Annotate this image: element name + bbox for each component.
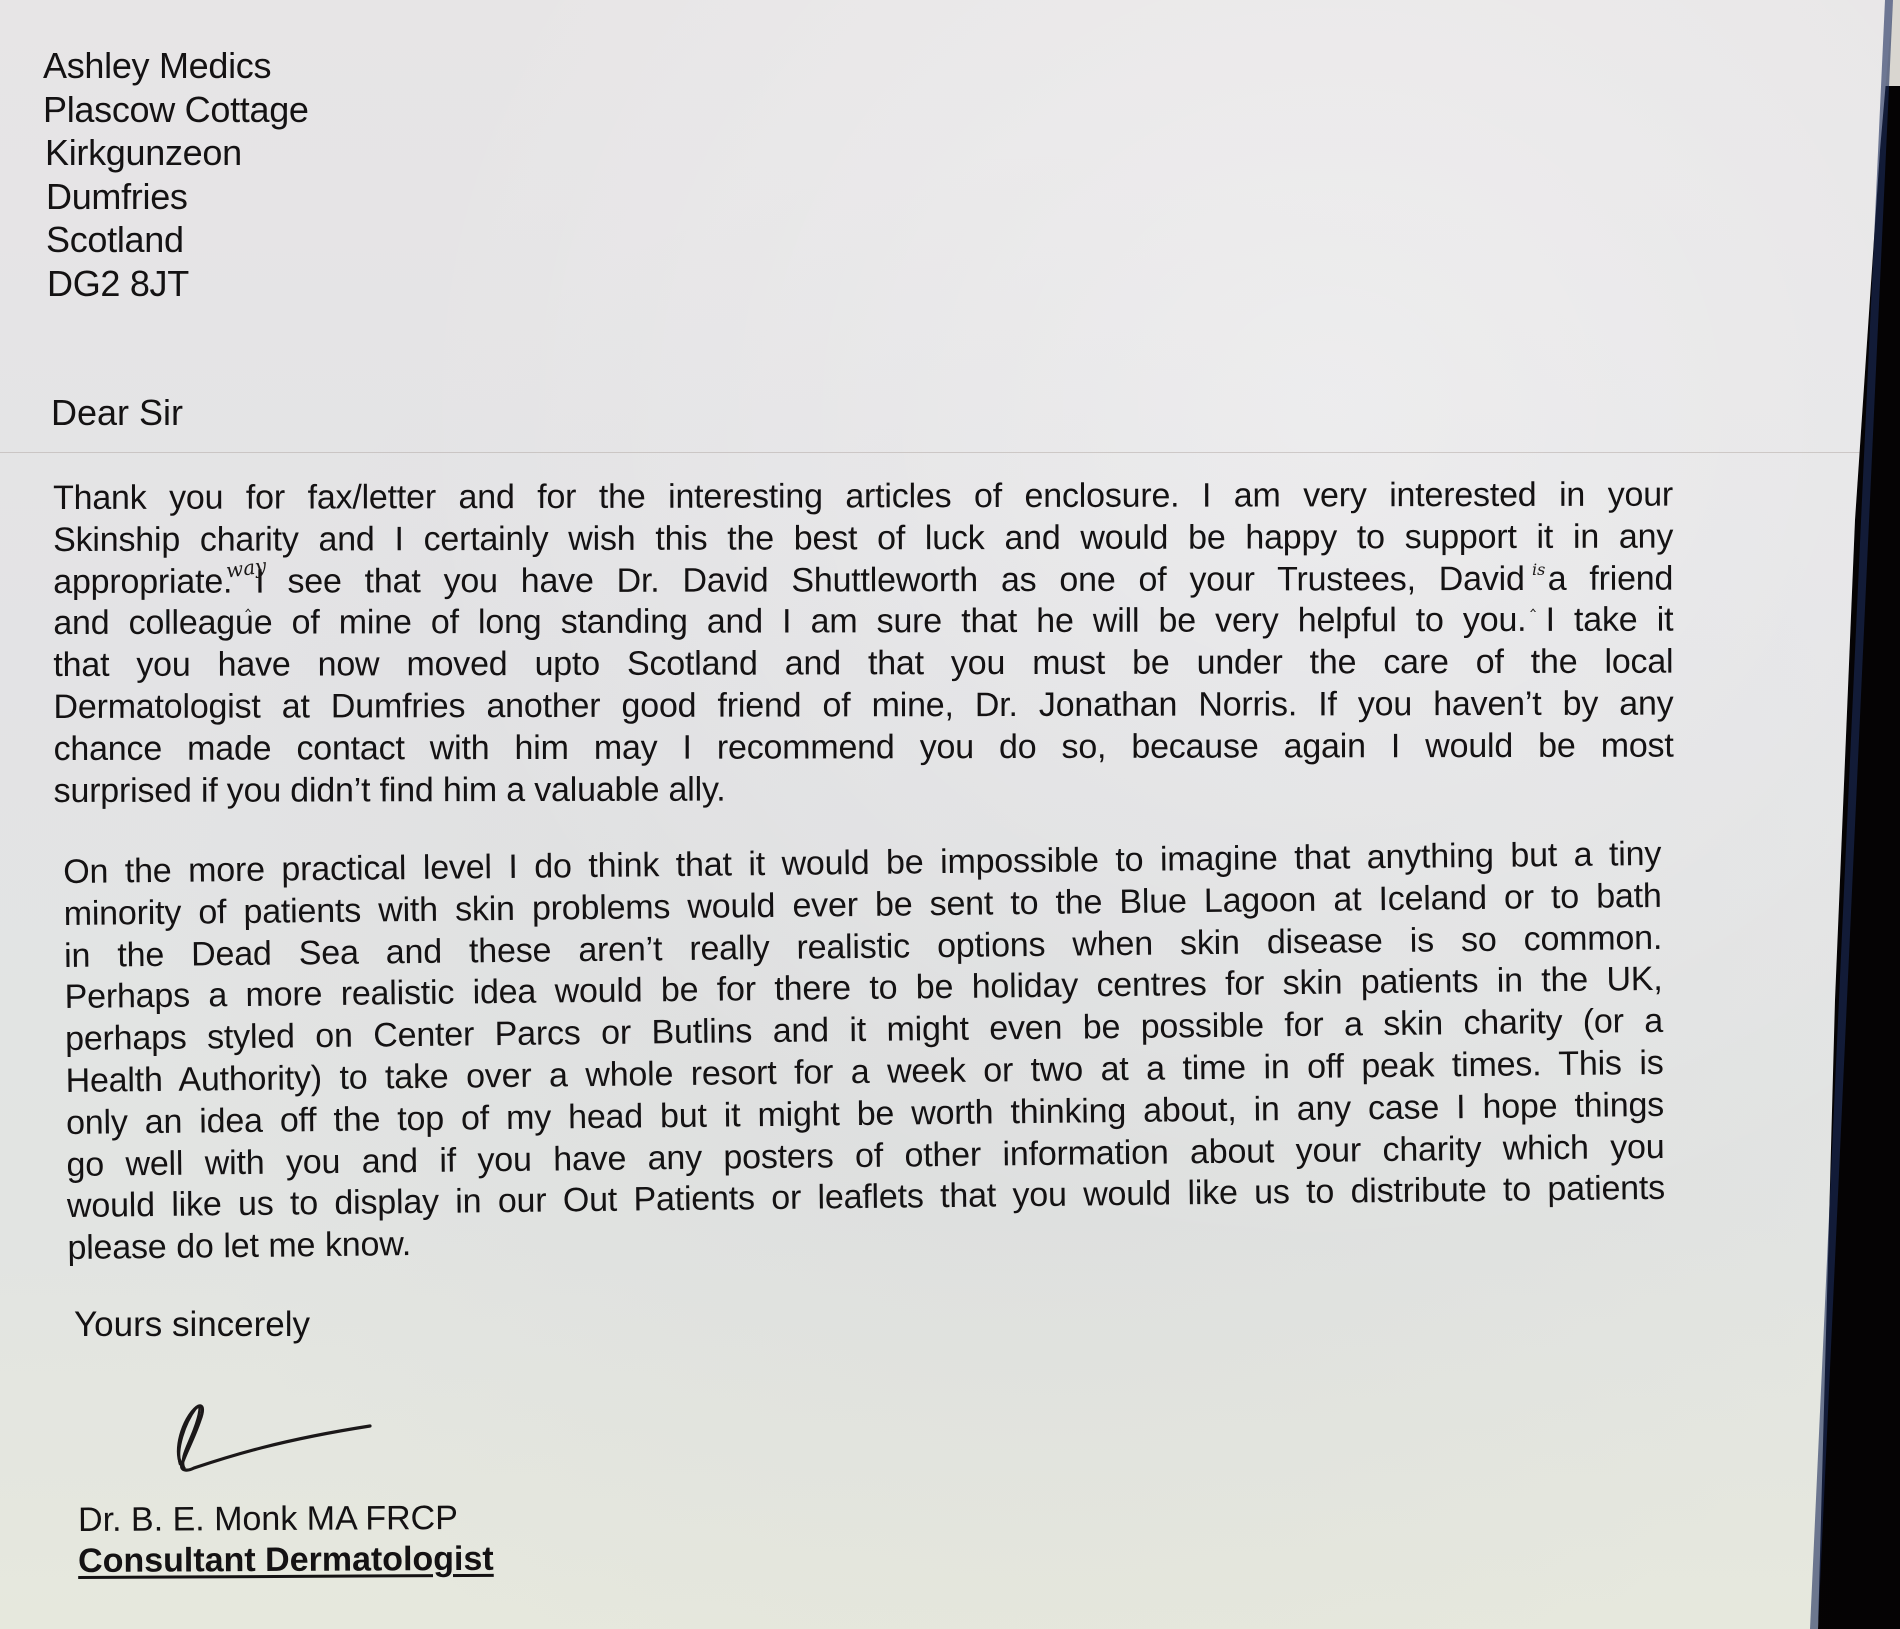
address-line: Ashley Medics <box>43 44 309 88</box>
body-paragraph-1: Thank you for fax/letter and for the int… <box>53 475 1674 813</box>
address-line: Scotland <box>46 218 309 262</box>
signatory-title: Consultant Dermatologist <box>78 1539 494 1581</box>
closing: Yours sincerely <box>74 1304 310 1346</box>
text-line: appropriate. I see that you have Dr. Dav… <box>53 558 1673 603</box>
text-line: chance made contact with him may I recom… <box>54 725 1674 770</box>
address-line: Plascow Cottage <box>43 88 309 132</box>
address-line: Kirkgunzeon <box>45 131 309 175</box>
handwritten-annotation: is <box>1532 560 1545 579</box>
text-line: Dermatologist at Dumfries another good f… <box>53 684 1673 729</box>
text-line: and colleague of mine of long standing a… <box>53 600 1673 645</box>
signatory-name: Dr. B. E. Monk MA FRCP <box>78 1498 458 1540</box>
letter-page: Ashley Medics Plascow Cottage Kirkgunzeo… <box>0 0 1900 1629</box>
caret-mark-icon: ‸ <box>1530 592 1536 613</box>
text-line: Thank you for fax/letter and for the int… <box>53 475 1673 520</box>
body-paragraph-2: On the more practical level I do think t… <box>63 834 1666 1270</box>
text-line: surprised if you didn’t find him a valua… <box>54 767 1674 812</box>
address-line: DG2 8JT <box>47 262 309 306</box>
address-line: Dumfries <box>46 175 309 219</box>
caret-mark-icon: ‸ <box>245 592 251 613</box>
salutation: Dear Sir <box>51 392 183 434</box>
recipient-address: Ashley Medics Plascow Cottage Kirkgunzeo… <box>43 44 309 305</box>
text-line: that you have now moved upto Scotland an… <box>53 642 1673 687</box>
text-line: Skinship charity and I certainly wish th… <box>53 516 1673 561</box>
fold-line <box>0 452 1880 453</box>
signature-icon <box>170 1390 390 1480</box>
